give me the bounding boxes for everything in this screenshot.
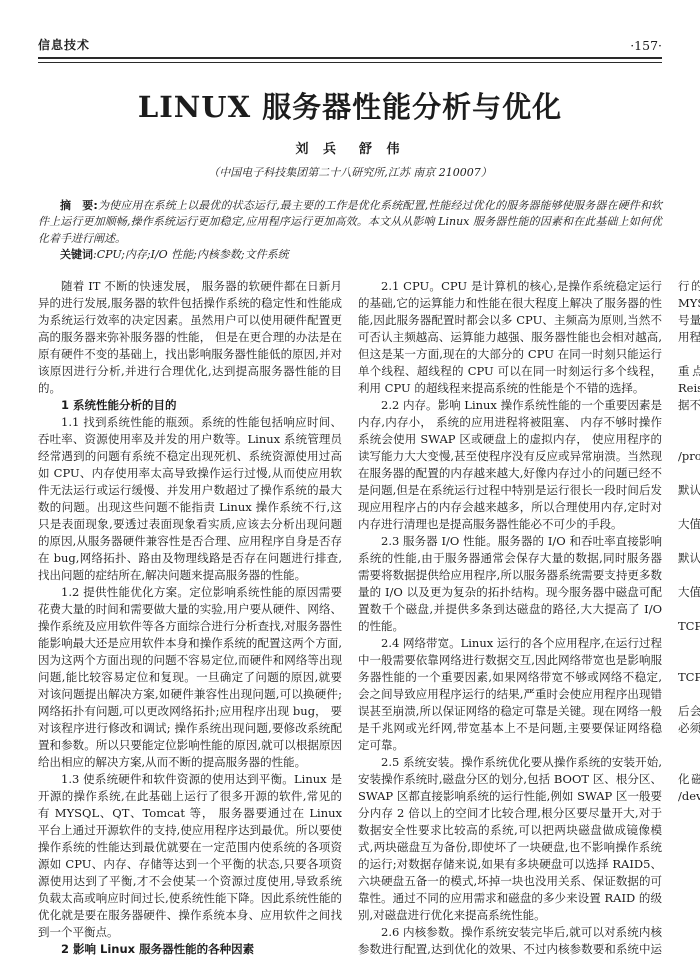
article-body-two-columns: 随着 IT 不断的快速发展， 服务器的软硬件都在日新月异的进行发展,服务器的软件… <box>38 278 662 967</box>
section-heading: 3 工程应用实践 <box>678 414 700 431</box>
body-paragraph: 2.5 系统安装。操作系统优化要从操作系统的安装开始,安装操作系统时,磁盘分区的… <box>358 754 662 924</box>
body-paragraph: /proc 目录下的所有内容都是临时性的， 操作系统重启后会丢失， 变成默认值，… <box>678 686 700 737</box>
running-head: 信息技术 ·157· <box>38 0 662 53</box>
article-affiliation: （中国电子科技集团第二十八研究所,江苏 南京 210007） <box>38 164 662 180</box>
body-paragraph: c.net.core.wmem_default = 513920 // 发送窗口… <box>678 533 700 567</box>
keywords-text: :CPU;内存;I/O 性能;内核参数;文件系统 <box>93 248 289 261</box>
article-authors: 刘 兵 舒 伟 <box>38 138 662 157</box>
section-heading: 1 系统性能分析的目的 <box>38 397 342 414</box>
abstract-paragraph: 摘 要:为使应用在系统上以最优的状态运行,最主要的工作是优化系统配置,性能经过优… <box>38 198 662 248</box>
body-paragraph: 2.3 服务器 I/O 性能。服务器的 I/O 和吞吐率直接影响系统的性能,由于… <box>358 533 662 635</box>
body-paragraph: 2.7 文件系统。文件系统的优化也是提高服务器性能的重点,在 Linux 下可选… <box>678 346 700 414</box>
body-paragraph: b.net.core.rmem_max = 513920 // 接收窗口的最大值 <box>678 499 700 533</box>
keywords-paragraph: 关键词:CPU;内存;I/O 性能;内核参数;文件系统 <box>38 247 662 264</box>
body-paragraph: 2.2 内存。影响 Linux 操作系统性能的一个重要因素是内存,内存小， 系统… <box>358 397 662 533</box>
abstract-text: 为使应用在系统上以最优的状态运行,最主要的工作是优化系统配置,性能经过优化的服务… <box>38 199 662 245</box>
body-paragraph: 3.1 网络优化。TCP/IP 调优参数都位于 /proc/sys/net/ 目… <box>678 431 700 465</box>
body-paragraph: g.net.ipv4.tcp_window_scaling = 0 // 支持更… <box>678 652 700 686</box>
body-paragraph: 1.2 提供性能优化方案。定位影响系统性能的原因需要花费大量的时间和需要做大量的… <box>38 584 342 771</box>
body-paragraph: a.可以使用 hdparm 工具来提高磁盘 I/O 的性能、优化磁盘性能: # … <box>678 754 700 805</box>
body-paragraph: 随着 IT 不断的快速发展， 服务器的软硬件都在日新月异的进行发展,服务器的软件… <box>38 278 342 397</box>
body-paragraph: 2.1 CPU。CPU 是计算机的核心,是操作系统稳定运行的基础,它的运算能力和… <box>358 278 662 397</box>
body-paragraph: 2.4 网络带宽。Linux 运行的各个应用程序,在运行过程中一般需要依靠网络进… <box>358 635 662 754</box>
abstract-label: 摘 要: <box>60 199 98 212</box>
body-paragraph: 1.1 找到系统性能的瓶颈。系统的性能包括响应时间、吞吐率、资源使用率及并发的用… <box>38 414 342 584</box>
header-double-rule <box>38 57 662 63</box>
body-paragraph: 1.3 使系统硬件和软件资源的使用达到平衡。Linux 是开源的操作系统,在此基… <box>38 771 342 941</box>
article-title: LINUX 服务器性能分析与优化 <box>38 85 662 126</box>
journal-page: 信息技术 ·157· LINUX 服务器性能分析与优化 刘 兵 舒 伟 （中国电… <box>0 0 700 967</box>
abstract-block: 摘 要:为使应用在系统上以最优的状态运行,最主要的工作是优化系统配置,性能经过优… <box>38 198 662 264</box>
body-paragraph: f.net.ipv4.tcp_sack =0 // 有选择的应答 <box>678 635 700 652</box>
running-head-section: 信息技术 <box>38 36 90 53</box>
keywords-label: 关键词 <box>60 248 93 261</box>
page-number: ·157· <box>630 38 662 53</box>
section-heading: 2 影响 Linux 服务器性能的各种因素 <box>38 941 342 958</box>
body-paragraph: a.net.core.rmem_default = 513920 // 接收窗口… <box>678 465 700 499</box>
body-paragraph: e.net.ipv4.tcp_timestamps = 1// 时间戳是否在 T… <box>678 601 700 635</box>
body-paragraph: d.net.core.wmem_max = 513920 // 发送窗口的最大值 <box>678 567 700 601</box>
body-paragraph: 3.2 文件系统的优化 <box>678 737 700 754</box>
